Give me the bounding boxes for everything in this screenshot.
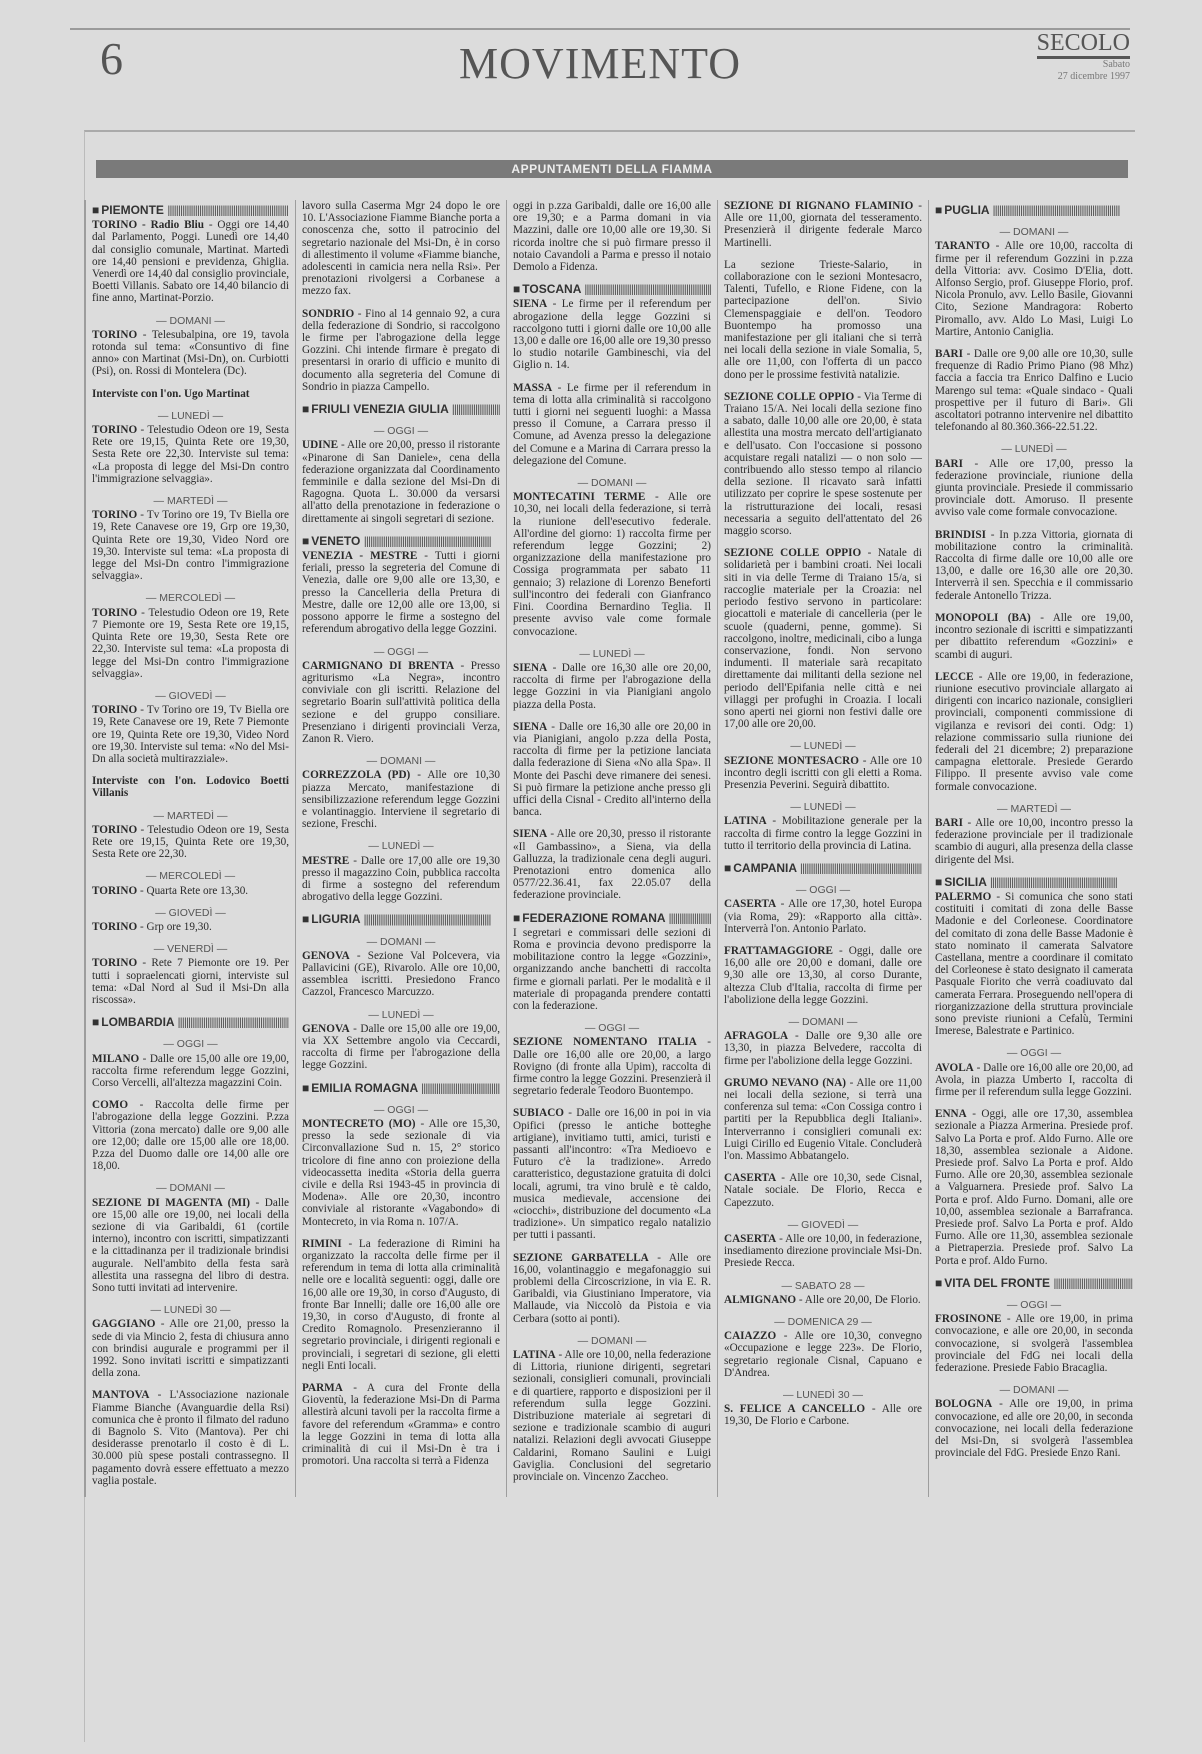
- region-label: CAMPANIA: [733, 862, 800, 874]
- day-heading: — OGGI —: [724, 884, 922, 896]
- region-heading: PIEMONTE |||||||||||||||||||||||||||||||…: [92, 204, 289, 216]
- day-heading: — OGGI —: [302, 425, 500, 437]
- day-heading: — LUNEDÌ —: [935, 443, 1133, 455]
- listing-entry: CASERTA - Alle ore 10,30, sede Cisnal, N…: [724, 1172, 922, 1209]
- entry-text: - Dalle ore 15,00 alle ore 19,00, nei lo…: [92, 1197, 289, 1294]
- entry-text: - Presso agriturismo «La Negra», incontr…: [302, 660, 500, 745]
- listing-entry: TORINO - Quarta Rete ore 13,30.: [92, 885, 289, 897]
- day-heading: — LUNEDÌ —: [302, 840, 500, 852]
- listing-entry: GAGGIANO - Alle ore 21,00, presso la sed…: [92, 1318, 289, 1379]
- listing-entry: LATINA - Mobilitazione generale per la r…: [724, 815, 922, 852]
- day-heading: — SABATO 28 —: [724, 1280, 922, 1292]
- entry-place: CORREZZOLA (PD): [302, 769, 410, 781]
- rule-decoration: ||||||||||||||||||||||||||||||||||||||||…: [584, 283, 711, 295]
- day-heading: — GIOVEDÌ —: [92, 907, 289, 919]
- entry-place: SIENA: [513, 828, 547, 840]
- listing-entry: FRATTAMAGGIORE - Oggi, dalle ore 16,00 a…: [724, 945, 922, 1006]
- masthead: 6 MOVIMENTO SECOLO Sabato 27 dicembre 19…: [70, 28, 1130, 90]
- entry-place: SEZIONE COLLE OPPIO: [724, 391, 854, 403]
- entry-place: S. FELICE A CANCELLO: [724, 1403, 865, 1415]
- entry-text: - Alle ore 15,30, presso la sede seziona…: [302, 1118, 500, 1228]
- entry-text: - Si comunica che sono stati costituiti …: [935, 891, 1133, 1037]
- entry-text: - Alle ore 10,00, incontro presso la fed…: [935, 817, 1133, 866]
- listing-entry: oggi in p.zza Garibaldi, dalle ore 16,00…: [513, 200, 711, 273]
- day-heading: — OGGI —: [513, 1022, 711, 1034]
- entry-text: - Dalle ore 16,00 in poi in via Opifici …: [513, 1107, 711, 1241]
- entry-place: Interviste con l'on. Ugo Martinat: [92, 388, 250, 400]
- listing-entry: TORINO - Telestudio Odeon ore 19, Sesta …: [92, 424, 289, 485]
- day-heading: — DOMANI —: [92, 315, 289, 327]
- entry-place: GAGGIANO: [92, 1318, 155, 1330]
- column-1: PIEMONTE |||||||||||||||||||||||||||||||…: [84, 200, 295, 1497]
- entry-place: CARMIGNANO DI BRENTA: [302, 660, 454, 672]
- entry-text: oggi in p.zza Garibaldi, dalle ore 16,00…: [513, 200, 711, 273]
- entry-text: - Alle ore 20,00, presso il ristorante «…: [302, 439, 500, 524]
- entry-place: SIENA: [513, 662, 547, 674]
- day-heading: — OGGI —: [302, 1104, 500, 1116]
- entry-place: MONTECRETO (MO): [302, 1118, 416, 1130]
- listing-entry: RIMINI - La federazione di Rimini ha org…: [302, 1238, 500, 1372]
- entry-text: - Le firme per il referendum in tema di …: [513, 382, 711, 467]
- listing-entry: SIENA - Alle ore 20,30, presso il ristor…: [513, 828, 711, 901]
- entry-place: MONTECATINI TERME: [513, 491, 645, 503]
- region-heading: CAMPANIA |||||||||||||||||||||||||||||||…: [724, 862, 922, 874]
- brand-name: SECOLO: [1037, 30, 1130, 59]
- listing-entry: BARI - Alle ore 10,00, incontro presso l…: [935, 817, 1133, 866]
- entry-place: SONDRIO: [302, 308, 354, 320]
- listing-entry: PALERMO - Si comunica che sono stati cos…: [935, 891, 1133, 1037]
- entry-text: - Natale di solidarietà per i bambini cr…: [724, 547, 922, 730]
- region-heading: LOMBARDIA ||||||||||||||||||||||||||||||…: [92, 1016, 289, 1028]
- day-heading: — LUNEDÌ 30 —: [724, 1389, 922, 1401]
- entry-place: ALMIGNANO: [724, 1294, 796, 1306]
- listing-entry: TORINO - Radio Bliu - Oggi ore 14,40 dal…: [92, 219, 289, 304]
- entry-text: - Dalle ore 16,30 alle ore 20,00 in via …: [513, 721, 711, 818]
- entry-place: PARMA: [302, 1382, 343, 1394]
- entry-place: LATINA: [724, 815, 767, 827]
- listing-entry: Interviste con l'on. Lodovico Boetti Vil…: [92, 775, 289, 799]
- entry-text: - Tutti i giorni feriali, presso la segr…: [302, 550, 500, 635]
- region-label: FRIULI VENEZIA GIULIA: [311, 403, 451, 415]
- listing-entry: SEZIONE MONTESACRO - Alle ore 10 incontr…: [724, 755, 922, 792]
- entry-text: - Alle ore 10,00, raccolta di firme per …: [935, 240, 1133, 337]
- entry-text: - L'Associazione nazionale Fiamme Bianch…: [92, 1389, 289, 1486]
- entry-text: - Alle ore 10,30, nei locali della feder…: [513, 491, 711, 637]
- listing-entry: COMO - Raccolta delle firme per l'abroga…: [92, 1099, 289, 1172]
- region-label: TOSCANA: [522, 283, 584, 295]
- region-label: VENETO: [311, 535, 363, 547]
- rule-decoration: ||||||||||||||||||||||||||||||||||||||||…: [990, 876, 1117, 888]
- day-heading: — OGGI —: [92, 1038, 289, 1050]
- listing-entry: MONTECATINI TERME - Alle ore 10,30, nei …: [513, 491, 711, 637]
- listing-entry: BRINDISI - In p.zza Vittoria, giornata d…: [935, 529, 1133, 602]
- listing-entry: SONDRIO - Fino al 14 gennaio 92, a cura …: [302, 308, 500, 393]
- entry-text: - La federazione di Rimini ha organizzat…: [302, 1238, 500, 1372]
- day-heading: — MERCOLEDÌ —: [92, 870, 289, 882]
- listing-entry: GRUMO NEVANO (NA) - Alle ore 11,00 nei l…: [724, 1077, 922, 1162]
- listing-entry: ENNA - Oggi, alle ore 17,30, assemblea s…: [935, 1108, 1133, 1267]
- listing-entry: CAIAZZO - Alle ore 10,30, convegno «Occu…: [724, 1330, 922, 1379]
- region-label: PUGLIA: [944, 204, 992, 216]
- entry-place: CASERTA: [724, 1233, 776, 1245]
- entry-place: FRATTAMAGGIORE: [724, 945, 833, 957]
- rule-decoration: ||||||||||||||||||||||||||||||||||||||||…: [452, 403, 500, 415]
- entry-place: MONOPOLI (BA): [935, 612, 1031, 624]
- entry-place: SEZIONE GARBATELLA: [513, 1252, 649, 1264]
- entry-place: SEZIONE DI RIGNANO FLAMINIO: [724, 200, 913, 212]
- column-3: oggi in p.zza Garibaldi, dalle ore 16,00…: [506, 200, 717, 1497]
- day-heading: — MARTEDÌ —: [935, 803, 1133, 815]
- entry-place: VENEZIA - MESTRE: [302, 550, 417, 562]
- listing-entry: CARMIGNANO DI BRENTA - Presso agriturism…: [302, 660, 500, 745]
- entry-place: BARI: [935, 458, 963, 470]
- listing-entry: AVOLA - Dalle ore 16,00 alle ore 20,00, …: [935, 1062, 1133, 1099]
- section-title: MOVIMENTO: [70, 38, 1130, 89]
- rule-decoration: ||||||||||||||||||||||||||||||||||||||||…: [421, 1082, 500, 1094]
- entry-place: COMO: [92, 1099, 128, 1111]
- listing-entry: CASERTA - Alle ore 17,30, hotel Europa (…: [724, 898, 922, 935]
- columns: PIEMONTE |||||||||||||||||||||||||||||||…: [84, 200, 1139, 1497]
- day-heading: — DOMENICA 29 —: [724, 1316, 922, 1328]
- entry-text: - Alle ore 11,00 nei locali della sezion…: [724, 1077, 922, 1162]
- entry-place: RIMINI: [302, 1238, 342, 1250]
- day-heading: — LUNEDÌ —: [724, 740, 922, 752]
- entry-text: - A cura del Fronte della Gioventù, la f…: [302, 1382, 500, 1467]
- entry-text: - Fino al 14 gennaio 92, a cura della fe…: [302, 308, 500, 393]
- day-heading: — DOMANI —: [724, 1016, 922, 1028]
- entry-text: - Oggi, alle ore 17,30, assemblea sezion…: [935, 1108, 1133, 1266]
- listing-entry: LATINA - Alle ore 10,00, nella federazio…: [513, 1349, 711, 1483]
- region-heading: PUGLIA |||||||||||||||||||||||||||||||||…: [935, 204, 1133, 216]
- listing-entry: SIENA - Dalle ore 16,30 alle ore 20,00, …: [513, 662, 711, 711]
- entry-place: TORINO: [92, 885, 137, 897]
- entry-place: SIENA: [513, 721, 547, 733]
- entry-place: FROSINONE: [935, 1313, 1002, 1325]
- region-label: LIGURIA: [311, 913, 363, 925]
- region-heading: LIGURIA ||||||||||||||||||||||||||||||||…: [302, 913, 500, 925]
- region-heading: EMILIA ROMAGNA |||||||||||||||||||||||||…: [302, 1082, 500, 1094]
- listing-entry: MESTRE - Dalle ore 17,00 alle ore 19,30 …: [302, 855, 500, 904]
- region-label: VITA DEL FRONTE: [944, 1277, 1053, 1289]
- entry-place: SEZIONE MONTESACRO: [724, 755, 859, 767]
- listing-entry: lavoro sulla Caserma Mgr 24 dopo le ore …: [302, 200, 500, 298]
- day-heading: — GIOVEDÌ —: [92, 690, 289, 702]
- entry-place: SUBIACO: [513, 1107, 564, 1119]
- listing-entry: TORINO - Telesubalpina, ore 19, tavola r…: [92, 329, 289, 378]
- entry-place: TORINO - Radio Bliu: [92, 219, 204, 231]
- entry-place: LATINA: [513, 1349, 556, 1361]
- entry-place: BOLOGNA: [935, 1398, 992, 1410]
- listing-entry: TARANTO - Alle ore 10,00, raccolta di fi…: [935, 240, 1133, 338]
- entry-place: CAIAZZO: [724, 1330, 776, 1342]
- entry-place: TARANTO: [935, 240, 990, 252]
- entry-place: AVOLA: [935, 1062, 974, 1074]
- newspaper-brand: SECOLO Sabato 27 dicembre 1997: [1037, 30, 1130, 83]
- listing-entry: BOLOGNA - Alle ore 19,00, in prima convo…: [935, 1398, 1133, 1459]
- listing-entry: I segretari e commissari delle sezioni d…: [513, 927, 711, 1012]
- entry-text: - Alle ore 10,00, nella federazione di L…: [513, 1349, 711, 1483]
- region-heading: TOSCANA ||||||||||||||||||||||||||||||||…: [513, 283, 711, 295]
- entry-place: CASERTA: [724, 1172, 776, 1184]
- entry-place: UDINE: [302, 439, 338, 451]
- day-heading: — DOMANI —: [513, 477, 711, 489]
- listing-entry: SEZIONE DI RIGNANO FLAMINIO - Alle ore 1…: [724, 200, 922, 249]
- entry-place: BRINDISI: [935, 529, 986, 541]
- listing-entry: SIENA - Dalle ore 16,30 alle ore 20,00 i…: [513, 721, 711, 819]
- entry-place: SEZIONE COLLE OPPIO: [724, 547, 861, 559]
- listing-entry: MILANO - Dalle ore 15,00 alle ore 19,00,…: [92, 1053, 289, 1090]
- entry-place: TORINO: [92, 957, 137, 969]
- entry-place: ENNA: [935, 1108, 967, 1120]
- listing-entry: BARI - Alle ore 17,00, presso la federaz…: [935, 458, 1133, 519]
- brand-date: 27 dicembre 1997: [1037, 71, 1130, 83]
- day-heading: — DOMANI —: [92, 1182, 289, 1194]
- entry-place: CASERTA: [724, 898, 776, 910]
- entry-text: - Dalle ore 9,00 alle ore 10,30, sulle f…: [935, 348, 1133, 433]
- listing-entry: LECCE - Alle ore 19,00, in federazione, …: [935, 671, 1133, 793]
- entry-text: - Alle ore 19,00, in federazione, riunio…: [935, 671, 1133, 793]
- rule-decoration: ||||||||||||||||||||||||||||||||||||||||…: [167, 204, 289, 216]
- day-heading: — DOMANI —: [513, 1335, 711, 1347]
- listing-entry: TORINO - Tv Torino ore 19, Tv Biella ore…: [92, 509, 289, 582]
- listing-entry: CASERTA - Alle ore 10,00, in federazione…: [724, 1233, 922, 1270]
- region-label: SICILIA: [944, 876, 990, 888]
- listing-entry: MANTOVA - L'Associazione nazionale Fiamm…: [92, 1389, 289, 1487]
- listing-entry: TORINO - Rete 7 Piemonte ore 19. Per tut…: [92, 957, 289, 1006]
- listing-entry: CORREZZOLA (PD) - Alle ore 10,30 piazza …: [302, 769, 500, 830]
- entry-place: TORINO: [92, 704, 137, 716]
- entry-place: TORINO: [92, 329, 137, 341]
- entry-place: MASSA: [513, 382, 552, 394]
- day-heading: — OGGI —: [302, 646, 500, 658]
- entry-place: TORINO: [92, 424, 137, 436]
- listing-entry: TORINO - Telestudio Odeon ore 19, Sesta …: [92, 824, 289, 861]
- entry-place: PALERMO: [935, 891, 991, 903]
- listing-entry: SEZIONE DI MAGENTA (MI) - Dalle ore 15,0…: [92, 1197, 289, 1295]
- region-label: PIEMONTE: [101, 204, 167, 216]
- column-4: SEZIONE DI RIGNANO FLAMINIO - Alle ore 1…: [717, 200, 928, 1497]
- entry-place: GRUMO NEVANO (NA): [724, 1077, 846, 1089]
- entry-text: - Alle ore 20,00, De Florio.: [796, 1294, 921, 1306]
- region-heading: VENETO |||||||||||||||||||||||||||||||||…: [302, 535, 500, 547]
- rule-decoration: ||||||||||||||||||||||||||||||||||||||||…: [992, 204, 1119, 216]
- entry-place: MANTOVA: [92, 1389, 149, 1401]
- listing-entry: VENEZIA - MESTRE - Tutti i giorni ferial…: [302, 550, 500, 635]
- listing-entry: GENOVA - Dalle ore 15,00 alle ore 19,00,…: [302, 1023, 500, 1072]
- entry-place: GENOVA: [302, 1023, 350, 1035]
- rule-decoration: ||||||||||||||||||||||||||||||||||||||||…: [177, 1016, 289, 1028]
- listing-entry: FROSINONE - Alle ore 19,00, in prima con…: [935, 1313, 1133, 1374]
- day-heading: — LUNEDÌ —: [513, 648, 711, 660]
- day-heading: — MARTEDÌ —: [92, 810, 289, 822]
- listing-entry: ALMIGNANO - Alle ore 20,00, De Florio.: [724, 1294, 922, 1306]
- listing-entry: Interviste con l'on. Ugo Martinat: [92, 388, 289, 400]
- listing-entry: GENOVA - Sezione Val Polcevera, via Pall…: [302, 950, 500, 999]
- listing-entry: SEZIONE NOMENTANO ITALIA - Dalle ore 16,…: [513, 1036, 711, 1097]
- day-heading: — OGGI —: [935, 1299, 1133, 1311]
- entry-text: I segretari e commissari delle sezioni d…: [513, 927, 711, 1012]
- day-heading: — MERCOLEDÌ —: [92, 592, 289, 604]
- listing-entry: La sezione Trieste-Salario, in collabora…: [724, 259, 922, 381]
- section-banner: APPUNTAMENTI DELLA FIAMMA: [96, 160, 1128, 178]
- rule-decoration: ||||||||||||||||||||||||||||||||||||||||…: [800, 862, 922, 874]
- entry-text: - Alle ore 17,00, presso la federazione …: [935, 458, 1133, 519]
- region-label: EMILIA ROMAGNA: [311, 1082, 421, 1094]
- rule-decoration: ||||||||||||||||||||||||||||||||||||||||…: [1053, 1277, 1133, 1289]
- day-heading: — LUNEDÌ —: [724, 801, 922, 813]
- rule-decoration: ||||||||||||||||||||||||||||||||||||||||…: [668, 912, 711, 924]
- region-heading: VITA DEL FRONTE ||||||||||||||||||||||||…: [935, 1277, 1133, 1289]
- day-heading: — LUNEDÌ 30 —: [92, 1304, 289, 1316]
- listing-entry: AFRAGOLA - Dalle ore 9,30 alle ore 13,30…: [724, 1030, 922, 1067]
- entry-place: GENOVA: [302, 950, 350, 962]
- column-2: lavoro sulla Caserma Mgr 24 dopo le ore …: [295, 200, 506, 1497]
- entry-text: lavoro sulla Caserma Mgr 24 dopo le ore …: [302, 200, 500, 297]
- day-heading: — GIOVEDÌ —: [724, 1219, 922, 1231]
- column-5: PUGLIA |||||||||||||||||||||||||||||||||…: [928, 200, 1139, 1497]
- listing-entry: TORINO - Grp ore 19,30.: [92, 921, 289, 933]
- listing-entry: SUBIACO - Dalle ore 16,00 in poi in via …: [513, 1107, 711, 1241]
- listing-entry: SEZIONE COLLE OPPIO - Natale di solidari…: [724, 547, 922, 730]
- day-heading: — DOMANI —: [302, 755, 500, 767]
- day-heading: — OGGI —: [935, 1047, 1133, 1059]
- listing-entry: S. FELICE A CANCELLO - Alle ore 19,30, D…: [724, 1403, 922, 1427]
- entry-text: - Grp ore 19,30.: [137, 921, 212, 933]
- brand-day: Sabato: [1037, 59, 1130, 71]
- entry-place: TORINO: [92, 921, 137, 933]
- day-heading: — MARTEDÌ —: [92, 495, 289, 507]
- entry-place: LECCE: [935, 671, 974, 683]
- region-heading: FEDERAZIONE ROMANA |||||||||||||||||||||…: [513, 912, 711, 924]
- entry-place: BARI: [935, 348, 963, 360]
- listing-entry: BARI - Dalle ore 9,00 alle ore 10,30, su…: [935, 348, 1133, 433]
- entry-place: MESTRE: [302, 855, 349, 867]
- region-label: LOMBARDIA: [101, 1016, 177, 1028]
- entry-place: TORINO: [92, 509, 137, 521]
- listing-entry: SEZIONE COLLE OPPIO - Via Terme di Traia…: [724, 391, 922, 537]
- listing-entry: MONOPOLI (BA) - Alle ore 19,00, incontro…: [935, 612, 1133, 661]
- region-label: FEDERAZIONE ROMANA: [522, 912, 668, 924]
- entry-text: - Via Terme di Traiano 15/A. Nei locali …: [724, 391, 922, 537]
- listing-entry: SIENA - Le firme per il referendum per a…: [513, 298, 711, 371]
- entry-place: BARI: [935, 817, 963, 829]
- entry-text: La sezione Trieste-Salario, in collabora…: [724, 259, 922, 381]
- entry-place: TORINO: [92, 607, 137, 619]
- entry-place: SEZIONE DI MAGENTA (MI): [92, 1197, 250, 1209]
- listing-entry: TORINO - Telestudio Odeon ore 19, Rete 7…: [92, 607, 289, 680]
- entry-place: TORINO: [92, 824, 137, 836]
- day-heading: — DOMANI —: [935, 1384, 1133, 1396]
- day-heading: — DOMANI —: [935, 226, 1133, 238]
- day-heading: — LUNEDÌ —: [302, 1009, 500, 1021]
- rule-decoration: ||||||||||||||||||||||||||||||||||||||||…: [363, 913, 490, 925]
- rule-decoration: ||||||||||||||||||||||||||||||||||||||||…: [364, 535, 491, 547]
- region-heading: FRIULI VENEZIA GIULIA ||||||||||||||||||…: [302, 403, 500, 415]
- day-heading: — DOMANI —: [302, 936, 500, 948]
- entry-text: - Oggi ore 14,40 dal Parlamento, Poggi. …: [92, 219, 289, 304]
- entry-place: SEZIONE NOMENTANO ITALIA: [513, 1036, 697, 1048]
- listing-entry: SEZIONE GARBATELLA - Alle ore 16,00, vol…: [513, 1252, 711, 1325]
- entry-text: - Quarta Rete ore 13,30.: [137, 885, 248, 897]
- region-heading: SICILIA ||||||||||||||||||||||||||||||||…: [935, 876, 1133, 888]
- entry-place: AFRAGOLA: [724, 1030, 788, 1042]
- day-heading: — LUNEDÌ —: [92, 410, 289, 422]
- listing-entry: UDINE - Alle ore 20,00, presso il ristor…: [302, 439, 500, 524]
- entry-place: SIENA: [513, 298, 547, 310]
- entry-place: Interviste con l'on. Lodovico Boetti Vil…: [92, 775, 289, 799]
- listing-entry: MONTECRETO (MO) - Alle ore 15,30, presso…: [302, 1118, 500, 1228]
- listing-entry: TORINO - Tv Torino ore 19, Tv Biella ore…: [92, 704, 289, 765]
- entry-place: MILANO: [92, 1053, 139, 1065]
- listing-entry: PARMA - A cura del Fronte della Gioventù…: [302, 1382, 500, 1467]
- listing-entry: MASSA - Le firme per il referendum in te…: [513, 382, 711, 467]
- day-heading: — VENERDÌ —: [92, 943, 289, 955]
